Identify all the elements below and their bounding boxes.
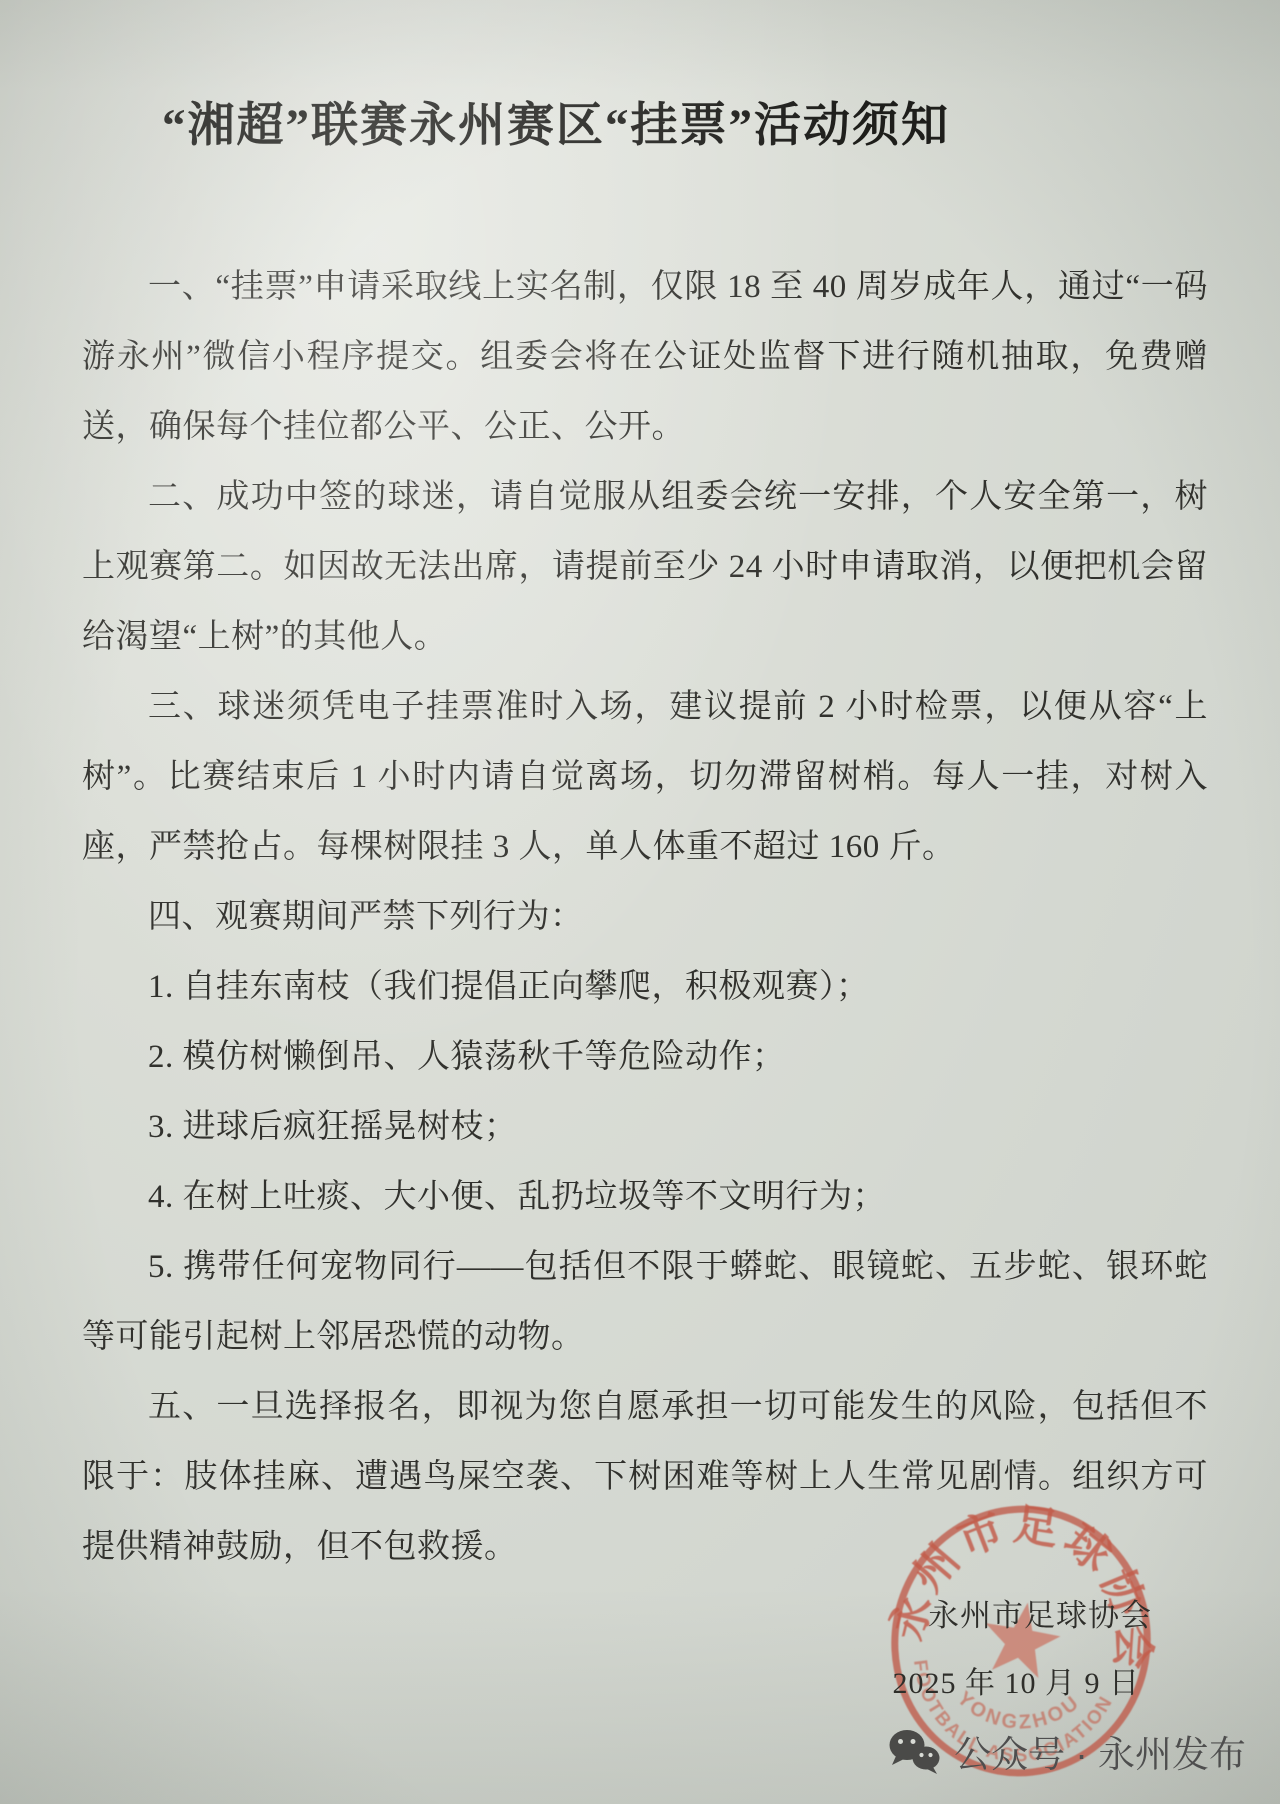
footer-credit: 公众号 · 永州发布 xyxy=(887,1724,1246,1778)
footer-label: 公众号 · 永州发布 xyxy=(954,1724,1246,1778)
document-title: “湘超”联赛永州赛区“挂票”活动须知 xyxy=(0,88,1196,155)
paragraph-4-heading: 四、观赛期间严禁下列行为： xyxy=(82,882,1208,952)
document-date: 2025 年 10 月 9 日 xyxy=(893,1658,1141,1702)
list-item-1: 1. 自挂东南枝（我们提倡正向攀爬，积极观赛）； xyxy=(82,952,1208,1022)
paragraph-2: 二、成功中签的球迷，请自觉服从组委会统一安排，个人安全第一，树上观赛第二。如因故… xyxy=(82,462,1208,672)
signature-org: 永州市足球协会 xyxy=(928,1590,1152,1635)
paragraph-3: 三、球迷须凭电子挂票准时入场，建议提前 2 小时检票，以便从容“上树”。比赛结束… xyxy=(82,672,1208,882)
list-item-5: 5. 携带任何宠物同行——包括但不限于蟒蛇、眼镜蛇、五步蛇、银环蛇等可能引起树上… xyxy=(82,1232,1208,1372)
wechat-icon xyxy=(887,1728,941,1774)
list-item-4: 4. 在树上吐痰、大小便、乱扔垃圾等不文明行为； xyxy=(82,1162,1208,1232)
document-body: 一、“挂票”申请采取线上实名制，仅限 18 至 40 周岁成年人，通过“一码游永… xyxy=(82,252,1208,1582)
document-photo-page: “湘超”联赛永州赛区“挂票”活动须知 一、“挂票”申请采取线上实名制，仅限 18… xyxy=(0,0,1280,1804)
paragraph-1: 一、“挂票”申请采取线上实名制，仅限 18 至 40 周岁成年人，通过“一码游永… xyxy=(82,252,1208,462)
list-item-3: 3. 进球后疯狂摇晃树枝； xyxy=(82,1092,1208,1162)
list-item-2: 2. 模仿树懒倒吊、人猿荡秋千等危险动作； xyxy=(82,1022,1208,1092)
